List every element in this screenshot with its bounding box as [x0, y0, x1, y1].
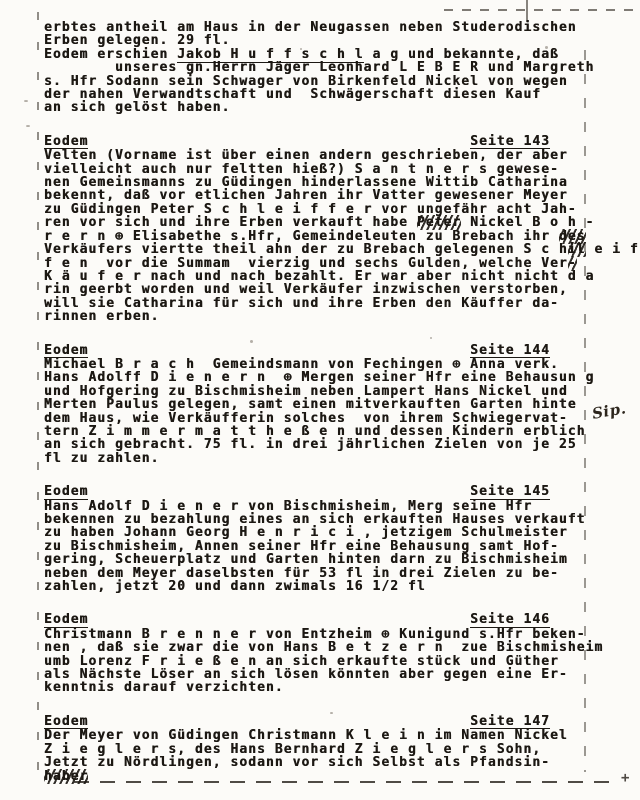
- entry-eodem-label: Eodem: [44, 715, 88, 729]
- scanned-document-page: + Sip. erbtes antheil am Haus in der Neu…: [0, 0, 640, 800]
- scan-speckle: [470, 50, 473, 52]
- text-line: der nahen Verwandtschaft und Schwägersch…: [44, 88, 592, 101]
- entry-header: EodemSeite 144: [44, 344, 592, 358]
- text-line: Eodem erschien Jakob H u f f s c h l a g…: [44, 48, 592, 61]
- entry-block: erbtes antheil am Haus in der Neugassen …: [44, 21, 592, 115]
- entry-page-number: Seite 147: [470, 715, 550, 729]
- text-segment: kenntnis darauf verzichten.: [44, 680, 284, 695]
- text-line: als Nächste Löser an sich lösen könnten …: [44, 668, 592, 681]
- text-line: Jetzt zu Nördlingen, sodann vor sich Sel…: [44, 756, 592, 769]
- text-line: bekennen zu bezahlung eines an sich erka…: [44, 513, 592, 526]
- entry-header: EodemSeite 146: [44, 613, 592, 627]
- scan-speckle: [330, 712, 333, 714]
- text-line: f e n vor die Summam vierzig und sechs G…: [44, 257, 592, 270]
- text-line: an sich gebracht. 75 fl. in drei jährlic…: [44, 438, 592, 451]
- bottom-plus-mark: +: [621, 770, 629, 786]
- text-line: neben dem Meyer daselbsten für 53 fl in …: [44, 567, 592, 580]
- scan-speckle: [26, 125, 30, 127]
- entry-page-number: Seite 145: [470, 485, 550, 499]
- text-line: Erben gelegen. 29 fl.: [44, 34, 592, 47]
- text-line: Hans Adolf D i e n e r von Bischmisheim,…: [44, 500, 592, 513]
- entry-page-number: Seite 146: [470, 613, 550, 627]
- handwritten-margin-note: Sip.: [591, 399, 628, 423]
- text-line: Der Meyer von Güdingen Christmann K l e …: [44, 729, 592, 742]
- text-segment: fl zu zahlen.: [44, 451, 159, 466]
- entry-eodem-label: Eodem: [44, 613, 88, 627]
- scan-speckle: [545, 46, 548, 49]
- struck-out-text: haber: [44, 769, 88, 784]
- scan-speckle: [250, 340, 253, 343]
- text-line: Michael B r a c h Gemeindsmann von Fechi…: [44, 358, 592, 371]
- top-edge-dashed-line: [444, 9, 640, 11]
- text-line: ren vor sich und ihre Erben verkauft hab…: [44, 216, 592, 229]
- text-line: zahlen, jetzt 20 und dann zwimals 16 1/2…: [44, 580, 592, 593]
- text-line: rin geerbt worden und weil Verkäufer inz…: [44, 283, 592, 296]
- text-line: dem Haus, wie Verkäufferin solches von i…: [44, 412, 592, 425]
- text-line: bekennt, daß vor etlichen Jahren ihr Vat…: [44, 189, 592, 202]
- entry-block: EodemSeite 147Der Meyer von Güdingen Chr…: [44, 715, 592, 783]
- text-line: erbtes antheil am Haus in der Neugassen …: [44, 21, 592, 34]
- text-line: Z i e g l e r s, des Hans Bernhard Z i e…: [44, 743, 592, 756]
- entry-eodem-label: Eodem: [44, 135, 88, 149]
- text-line: gering, Scheuerplatz und Garten hinten d…: [44, 553, 592, 566]
- text-line: fl zu zahlen.: [44, 452, 592, 465]
- text-line: tern Z i m m e r m a t t h e ß e n und d…: [44, 425, 592, 438]
- text-line: zu Güdingen Peter S c h l e i f f e r vo…: [44, 203, 592, 216]
- entry-header: EodemSeite 145: [44, 485, 592, 499]
- text-line: zu Bischmisheim, Annen seiner Hfr eine B…: [44, 540, 592, 553]
- text-line: und Hofgering zu Bischmisheim neben Lamp…: [44, 385, 592, 398]
- text-segment: rinnen erben.: [44, 309, 159, 324]
- left-margin-dashed-line: [37, 12, 39, 792]
- text-line: Verkäufers viertte theil ahn der zu Breb…: [44, 243, 592, 256]
- text-line: will sie Catharina für sich und ihre Erb…: [44, 297, 592, 310]
- text-line: an sich gelöst haben.: [44, 101, 592, 114]
- text-line: Velten (Vorname ist über einen andern ge…: [44, 149, 592, 162]
- text-line: kenntnis darauf verzichten.: [44, 681, 592, 694]
- text-line: Merten Paulus gelegen, samt einen mitver…: [44, 398, 592, 411]
- scan-speckle: [24, 100, 28, 102]
- entry-page-number: Seite 144: [470, 344, 550, 358]
- text-line: rinnen erben.: [44, 310, 592, 323]
- text-line: nen Gemeinsmanns zu Güdingen hinderlasse…: [44, 176, 592, 189]
- entry-page-number: Seite 143: [470, 135, 550, 149]
- text-segment: an sich gelöst haben.: [44, 100, 230, 115]
- text-line: haber: [44, 770, 592, 783]
- text-line: K ä u f e r nach und nach bezahlt. Er wa…: [44, 270, 592, 283]
- struck-out-text: il: [568, 242, 586, 257]
- text-line: Hans Adolff D i e n e r n ⊕ Mergen seine…: [44, 371, 592, 384]
- entry-eodem-label: Eodem: [44, 485, 88, 499]
- document-text-column: erbtes antheil am Haus in der Neugassen …: [44, 21, 592, 783]
- text-segment: Jetzt zu Nördlingen, sodann vor sich Sel…: [44, 755, 550, 770]
- scan-speckle: [430, 337, 432, 339]
- scan-speckle: [300, 48, 302, 50]
- text-line: zu haben Johann Georg H e n r i c i , je…: [44, 526, 592, 539]
- text-line: s. Hfr Sodann sein Schwager von Birkenfe…: [44, 75, 592, 88]
- text-line: r e r n ⊕ Elisabethe s.Hfr, Gemeindeleut…: [44, 230, 592, 243]
- top-edge-tick-mark: [526, 0, 528, 22]
- text-line: Christmann B r e n n e r von Entzheim ⊕ …: [44, 628, 592, 641]
- entry-block: EodemSeite 145Hans Adolf D i e n e r von…: [44, 485, 592, 593]
- text-line: vielleicht auch nur feltten hieß?) S a n…: [44, 163, 592, 176]
- text-segment: e i f-: [586, 242, 640, 257]
- entry-eodem-label: Eodem: [44, 344, 88, 358]
- text-line: nen , daß sie zwar die von Hans B e t z …: [44, 641, 592, 654]
- entry-block: EodemSeite 144Michael B r a c h Gemeinds…: [44, 344, 592, 466]
- text-line: umb Lorenz F r i e ß e n an sich erkauft…: [44, 655, 592, 668]
- entry-header: EodemSeite 147: [44, 715, 592, 729]
- entry-header: EodemSeite 143: [44, 135, 592, 149]
- entry-block: EodemSeite 143Velten (Vorname ist über e…: [44, 135, 592, 324]
- entry-block: EodemSeite 146Christmann B r e n n e r v…: [44, 613, 592, 694]
- text-segment: zahlen, jetzt 20 und dann zwimals 16 1/2…: [44, 579, 426, 594]
- text-line: unseres gn.Herrn Jäger Leonhard L E B E …: [44, 61, 592, 74]
